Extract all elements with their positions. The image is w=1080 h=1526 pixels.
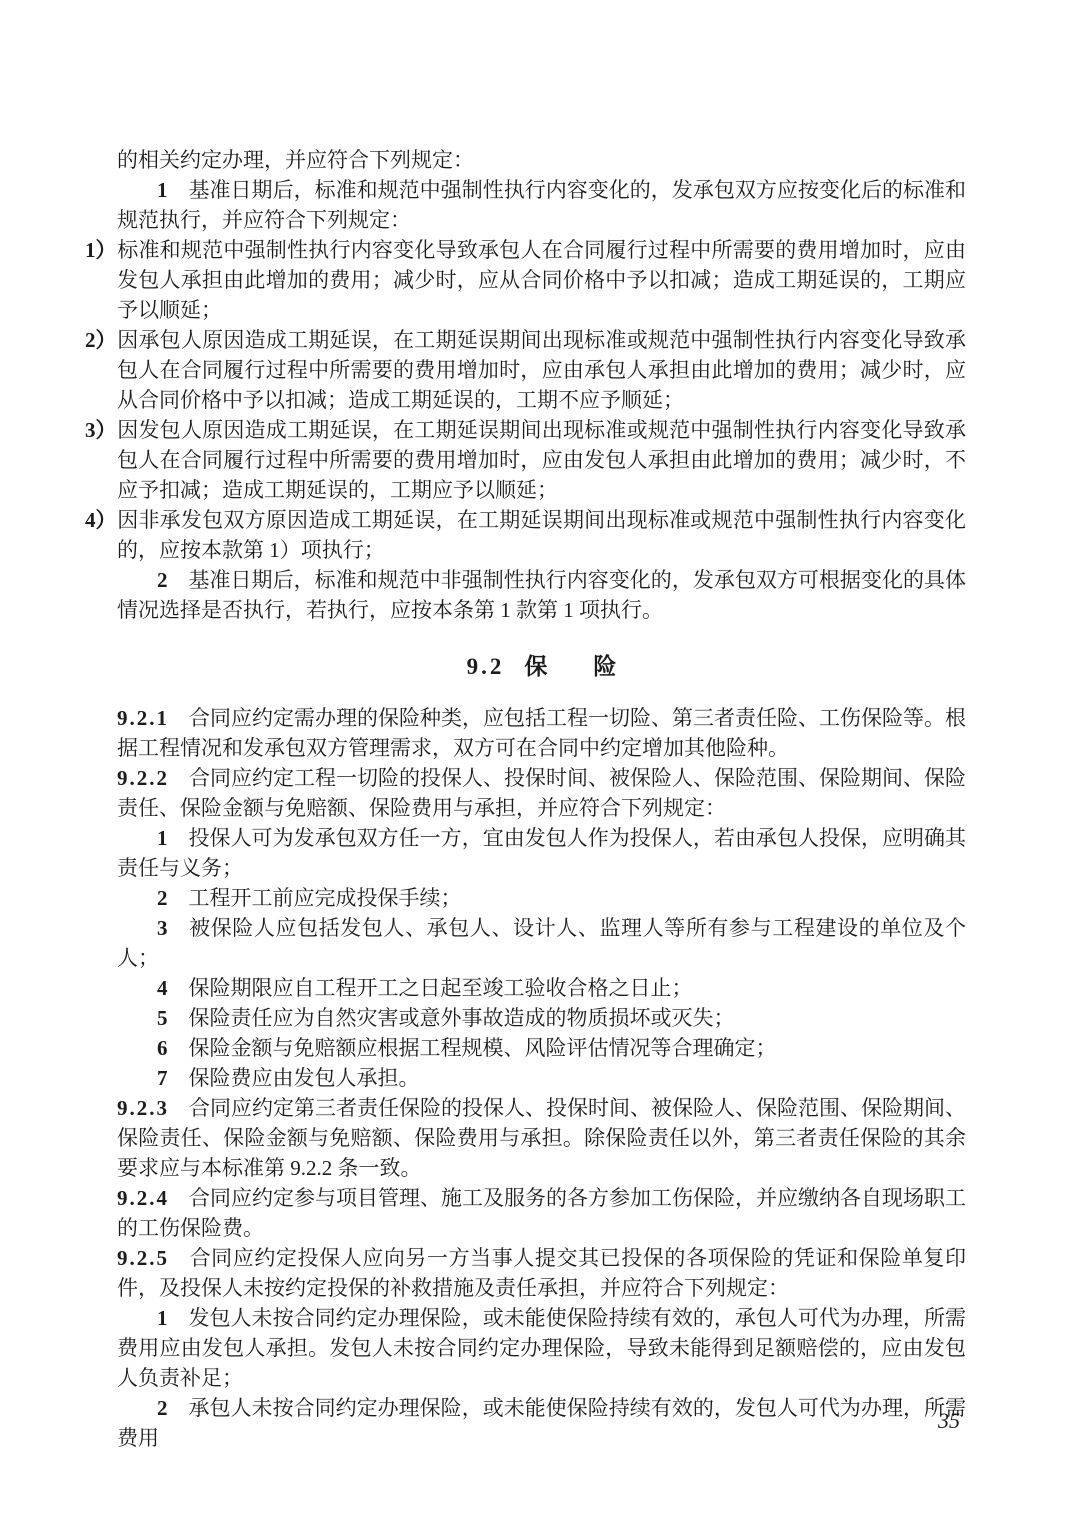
item-text: 保险责任应为自然灾害或意外事故造成的物质损坏或灭失； [189, 1006, 735, 1030]
article-9-2-2: 9.2.2合同应约定工程一切险的投保人、投保时间、被保险人、保险范围、保险期间、… [117, 763, 966, 823]
list-item: 1发包人未按合同约定办理保险，或未能使保险持续有效的，承包人可代为办理，所需费用… [117, 1303, 966, 1393]
article-text: 合同应约定需办理的保险种类，应包括工程一切险、第三者责任险、工伤保险等。根据工程… [117, 706, 966, 760]
item-number: 1 [157, 1306, 169, 1330]
article-number: 9.2.1 [117, 706, 169, 730]
article-number: 9.2.5 [117, 1246, 169, 1270]
sub-item-number: 4） [85, 505, 117, 535]
article-number: 9.2.2 [117, 766, 169, 790]
document-page: 的相关约定办理，并应符合下列规定： 1基准日期后，标准和规范中强制性执行内容变化… [0, 0, 1080, 1526]
article-9-2-4: 9.2.4合同应约定参与项目管理、施工及服务的各方参加工伤保险，并应缴纳各自现场… [117, 1183, 966, 1243]
article-text: 合同应约定第三者责任保险的投保人、投保时间、被保险人、保险范围、保险期间、保险责… [117, 1096, 966, 1180]
sub-item-number: 1） [85, 235, 117, 265]
list-item: 6保险金额与免赔额应根据工程规模、风险评估情况等合理确定； [117, 1033, 966, 1063]
sub-item-text: 因承包人原因造成工期延误，在工期延误期间出现标准或规范中强制性执行内容变化导致承… [117, 328, 966, 412]
sub-item-3: 3）因发包人原因造成工期延误，在工期延误期间出现标准或规范中强制性执行内容变化导… [117, 415, 966, 505]
section-title: 保 险 [524, 654, 616, 679]
sub-item-text: 标准和规范中强制性执行内容变化导致承包人在合同履行过程中所需要的费用增加时，应由… [117, 238, 966, 322]
item-text: 承包人未按合同约定办理保险，或未能使保险持续有效的，发包人可代为办理，所需费用 [117, 1396, 966, 1450]
article-number: 9.2.3 [117, 1096, 169, 1120]
paragraph-continuation: 的相关约定办理，并应符合下列规定： [117, 145, 966, 175]
section-number: 9.2 [467, 654, 505, 679]
list-item: 2工程开工前应完成投保手续； [117, 883, 966, 913]
item-number: 2 [157, 568, 169, 592]
item-text: 基准日期后，标准和规范中非强制性执行内容变化的，发承包双方可根据变化的具体情况选… [117, 568, 966, 622]
article-9-2-5: 9.2.5合同应约定投保人应向另一方当事人提交其已投保的各项保险的凭证和保险单复… [117, 1243, 966, 1303]
article-text: 合同应约定投保人应向另一方当事人提交其已投保的各项保险的凭证和保险单复印件，及投… [117, 1246, 966, 1300]
sub-item-4: 4）因非承发包双方原因造成工期延误，在工期延误期间出现标准或规范中强制性执行内容… [117, 505, 966, 565]
clause-item-2: 2基准日期后，标准和规范中非强制性执行内容变化的，发承包双方可根据变化的具体情况… [117, 565, 966, 625]
sub-item-number: 2） [85, 325, 117, 355]
item-number: 5 [157, 1006, 169, 1030]
list-item: 7保险费应由发包人承担。 [117, 1063, 966, 1093]
item-text: 投保人可为发承包双方任一方，宜由发包人作为投保人，若由承包人投保，应明确其责任与… [117, 826, 966, 880]
item-number: 2 [157, 1396, 169, 1420]
item-number: 1 [157, 178, 169, 202]
item-number: 3 [157, 916, 169, 940]
article-text: 合同应约定参与项目管理、施工及服务的各方参加工伤保险，并应缴纳各自现场职工的工伤… [117, 1186, 966, 1240]
sub-item-2: 2）因承包人原因造成工期延误，在工期延误期间出现标准或规范中强制性执行内容变化导… [117, 325, 966, 415]
sub-item-number: 3） [85, 415, 117, 445]
list-item: 3被保险人应包括发包人、承包人、设计人、监理人等所有参与工程建设的单位及个人； [117, 913, 966, 973]
sub-item-1: 1）标准和规范中强制性执行内容变化导致承包人在合同履行过程中所需要的费用增加时，… [117, 235, 966, 325]
item-number: 6 [157, 1036, 169, 1060]
clause-item-1: 1基准日期后，标准和规范中强制性执行内容变化的，发承包双方应按变化后的标准和规范… [117, 175, 966, 235]
paragraph-text: 的相关约定办理，并应符合下列规定： [117, 148, 474, 172]
item-text: 工程开工前应完成投保手续； [189, 886, 462, 910]
section-heading: 9.2保 险 [117, 652, 966, 682]
item-text: 保险期限应自工程开工之日起至竣工验收合格之日止； [189, 976, 693, 1000]
item-text: 发包人未按合同约定办理保险，或未能使保险持续有效的，承包人可代为办理，所需费用应… [117, 1306, 966, 1390]
item-text: 基准日期后，标准和规范中强制性执行内容变化的，发承包双方应按变化后的标准和规范执… [117, 178, 966, 232]
item-number: 1 [157, 826, 169, 850]
list-item: 1投保人可为发承包双方任一方，宜由发包人作为投保人，若由承包人投保，应明确其责任… [117, 823, 966, 883]
item-text: 保险费应由发包人承担。 [189, 1066, 420, 1090]
article-number: 9.2.4 [117, 1186, 169, 1210]
page-body: 的相关约定办理，并应符合下列规定： 1基准日期后，标准和规范中强制性执行内容变化… [117, 145, 966, 1453]
article-text: 合同应约定工程一切险的投保人、投保时间、被保险人、保险范围、保险期间、保险责任、… [117, 766, 966, 820]
article-9-2-3: 9.2.3合同应约定第三者责任保险的投保人、投保时间、被保险人、保险范围、保险期… [117, 1093, 966, 1183]
item-number: 2 [157, 886, 169, 910]
list-item: 2承包人未按合同约定办理保险，或未能使保险持续有效的，发包人可代为办理，所需费用 [117, 1393, 966, 1453]
list-item: 5保险责任应为自然灾害或意外事故造成的物质损坏或灭失； [117, 1003, 966, 1033]
page-number: 35 [938, 1406, 960, 1436]
item-text: 被保险人应包括发包人、承包人、设计人、监理人等所有参与工程建设的单位及个人； [117, 916, 966, 970]
list-item: 4保险期限应自工程开工之日起至竣工验收合格之日止； [117, 973, 966, 1003]
article-9-2-1: 9.2.1合同应约定需办理的保险种类，应包括工程一切险、第三者责任险、工伤保险等… [117, 703, 966, 763]
item-text: 保险金额与免赔额应根据工程规模、风险评估情况等合理确定； [189, 1036, 777, 1060]
sub-item-text: 因非承发包双方原因造成工期延误，在工期延误期间出现标准或规范中强制性执行内容变化… [117, 508, 966, 562]
item-number: 7 [157, 1066, 169, 1090]
item-number: 4 [157, 976, 169, 1000]
sub-item-text: 因发包人原因造成工期延误，在工期延误期间出现标准或规范中强制性执行内容变化导致承… [117, 418, 966, 502]
